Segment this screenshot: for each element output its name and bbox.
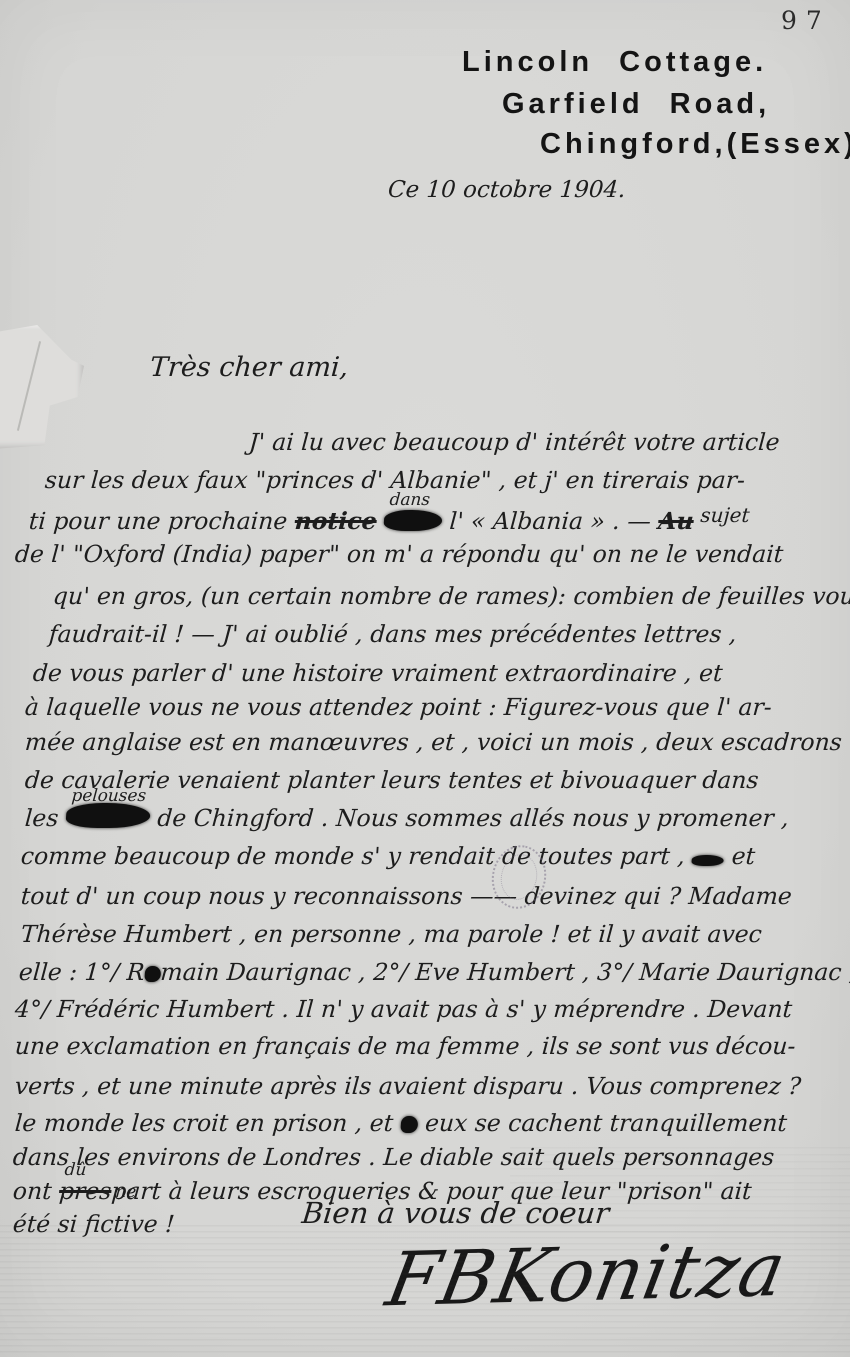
handwritten-line: J' ai lu avec beaucoup d' intérêt votre …: [248, 428, 781, 456]
text-segment: main Daurignac , 2°/ Eve Humbert , 3°/ M…: [160, 958, 850, 986]
text-segment: dans les environs de Londres . Le diable…: [12, 1143, 775, 1171]
inserted-word: dans: [389, 489, 431, 509]
handwritten-line: Thérèse Humbert , en personne , ma parol…: [20, 920, 763, 948]
handwritten-line: les pelouses de Chingford . Nous sommes …: [24, 803, 790, 832]
text-segment: une exclamation en français de ma femme …: [14, 1032, 796, 1060]
salutation: Très cher ami,: [149, 352, 349, 383]
handwritten-line: le monde les croit en prison , et eux se…: [14, 1109, 788, 1137]
text-segment: qu' en gros, (un certain nombre de rames…: [52, 582, 850, 610]
letterhead-line-2: Garfield Road,: [502, 88, 770, 121]
letter-page: 97 Lincoln Cottage. Garfield Road, Ching…: [0, 0, 850, 1357]
ink-blot: [692, 855, 725, 866]
inserted-word: pelouses: [71, 785, 147, 805]
page-number: 97: [781, 6, 831, 35]
handwritten-line: mée anglaise est en manœuvres , et , voi…: [24, 728, 843, 756]
text-segment: pres: [58, 1177, 112, 1205]
text-segment: mée anglaise est en manœuvres , et , voi…: [24, 728, 843, 756]
inserted-word: ne: [115, 1181, 137, 1201]
handwritten-line: tout d' un coup nous y reconnaissons —— …: [20, 882, 793, 910]
handwritten-line: faudrait-il ! — J' ai oublié , dans mes …: [48, 620, 738, 648]
signature: FBKonitza: [380, 1227, 793, 1324]
handwritten-line: ti pour une prochaine notice dans l' « A…: [28, 503, 750, 535]
torn-paper-patch: [0, 325, 84, 449]
text-segment: comme beaucoup de monde s' y rendait de …: [20, 842, 693, 870]
handwritten-line: de vous parler d' une histoire vraiment …: [32, 659, 724, 687]
text-segment: l' « Albania » . —: [441, 507, 659, 535]
handwritten-line: dans les environs de Londres . Le diable…: [12, 1143, 775, 1171]
text-segment: de vous parler d' une histoire vraiment …: [32, 659, 724, 687]
handwritten-line: elle : 1°/ Rmain Daurignac , 2°/ Eve Hum…: [18, 958, 850, 986]
text-segment: de Chingford . Nous sommes allés nous y …: [149, 804, 790, 832]
text-segment: faudrait-il ! — J' ai oublié , dans mes …: [48, 620, 738, 648]
text-segment: été si fictive !: [12, 1210, 176, 1238]
text-segment: eux se cachent tranquillement: [417, 1109, 788, 1137]
text-segment: J' ai lu avec beaucoup d' intérêt votre …: [248, 428, 781, 456]
correction-wrap: dans: [383, 507, 443, 535]
text-segment: sujet: [693, 503, 750, 527]
correction-wrap: presdû: [58, 1177, 112, 1205]
handwritten-line: verts , et une minute après ils avaient …: [14, 1072, 802, 1100]
ink-blot: [383, 510, 442, 531]
handwritten-line: à laquelle vous ne vous attendez point :…: [24, 693, 773, 721]
ink-blot: [400, 1116, 418, 1133]
text-segment: 4°/ Frédéric Humbert . Il n' y avait pas…: [14, 995, 793, 1023]
handwritten-line: 4°/ Frédéric Humbert . Il n' y avait pas…: [14, 995, 793, 1023]
handwritten-line: de l' "Oxford (India) paper" on m' a rép…: [14, 540, 784, 568]
handwritten-line: été si fictive !: [12, 1210, 176, 1238]
text-segment: tout d' un coup nous y reconnaissons —— …: [20, 882, 793, 910]
text-segment: notice: [294, 507, 378, 535]
text-segment: de l' "Oxford (India) paper" on m' a rép…: [14, 540, 784, 568]
correction-wrap: pelouses: [65, 803, 151, 832]
handwritten-line: qu' en gros, (un certain nombre de rames…: [52, 582, 850, 610]
date-line: Ce 10 octobre 1904.: [387, 177, 626, 203]
library-stamp-inner-ring: [497, 851, 542, 903]
text-segment: le monde les croit en prison , et: [14, 1109, 402, 1137]
handwritten-line: comme beaucoup de monde s' y rendait de …: [20, 842, 756, 870]
text-segment: ont: [12, 1177, 60, 1205]
letterhead-line-1: Lincoln Cottage.: [462, 46, 767, 79]
text-segment: verts , et une minute après ils avaient …: [14, 1072, 802, 1100]
ink-blot: [144, 966, 161, 982]
text-segment: ti pour une prochaine: [28, 507, 296, 535]
inserted-word: dû: [64, 1159, 87, 1179]
letterhead-line-3: Chingford,(Essex).: [540, 128, 850, 161]
text-segment: et: [723, 842, 756, 870]
text-segment: Thérèse Humbert , en personne , ma parol…: [20, 920, 763, 948]
ink-blot: [65, 803, 151, 828]
text-segment: elle : 1°/ R: [18, 958, 145, 986]
text-segment: les: [24, 804, 67, 832]
closing-line: Bien à vous de coeur: [300, 1196, 611, 1230]
text-segment: à laquelle vous ne vous attendez point :…: [24, 693, 773, 721]
handwritten-line: une exclamation en français de ma femme …: [14, 1032, 796, 1060]
text-segment: Au: [657, 507, 694, 535]
